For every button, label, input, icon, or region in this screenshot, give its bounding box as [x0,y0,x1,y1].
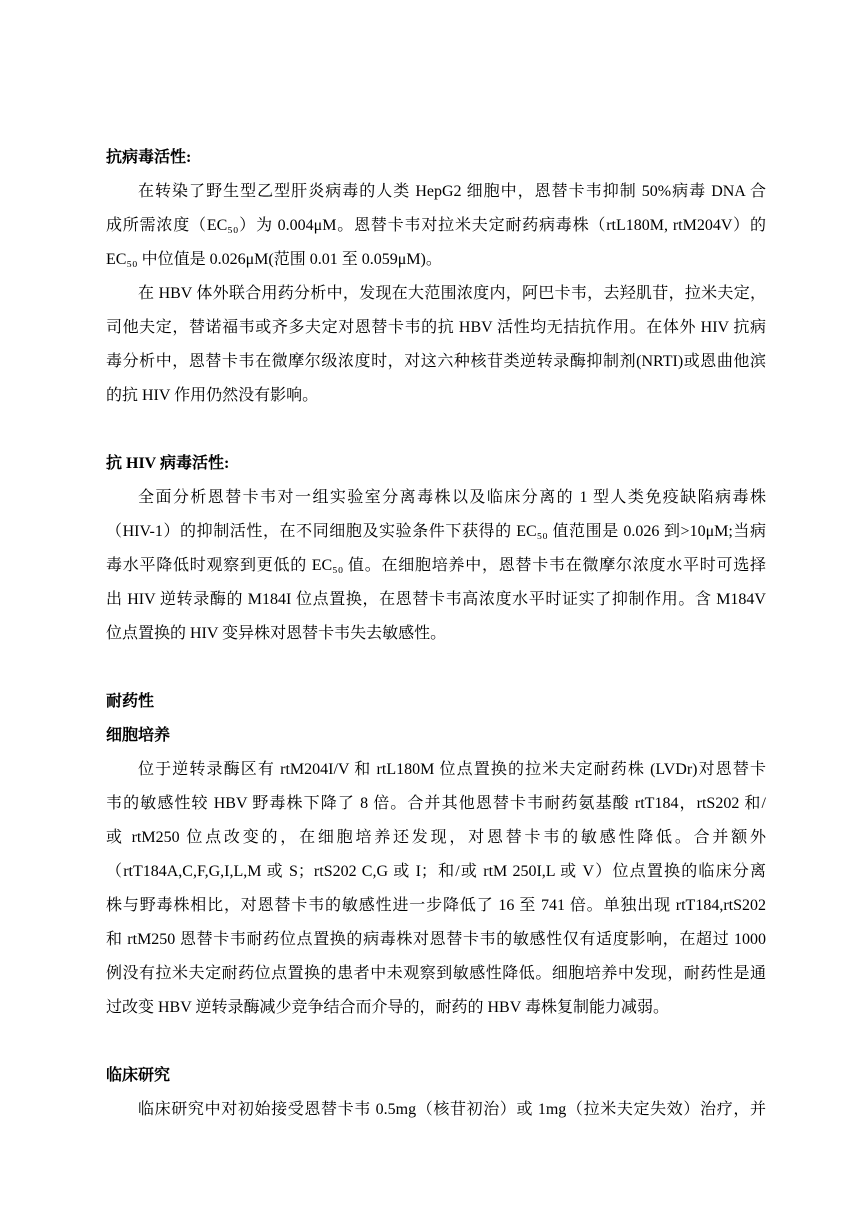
text-line: 株与野毒株相比，对恩替卡韦的敏感性进一步降低了 16 至 741 倍。单独出现 … [106,889,766,923]
text-line: 全面分析恩替卡韦对一组实验室分离毒株以及临床分离的 1 型人类免疫缺陷病毒株 [106,481,766,515]
subsection-heading-cell-culture: 细胞培养 [106,719,766,753]
text-line: 在 HBV 体外联合用药分析中，发现在大范围浓度内，阿巴卡韦，去羟肌苷，拉米夫定… [106,277,766,311]
text-line: 在转染了野生型乙型肝炎病毒的人类 HepG2 细胞中，恩替卡韦抑制 50%病毒 … [106,175,766,209]
text-line: 出 HIV 逆转录酶的 M184I 位点置换，在恩替卡韦高浓度水平时证实了抑制作… [106,583,766,617]
text-line: 司他夫定，替诺福韦或齐多夫定对恩替卡韦的抗 HBV 活性均无拮抗作用。在体外 H… [106,311,766,345]
text-line: 例没有拉米夫定耐药位点置换的患者中未观察到敏感性降低。细胞培养中发现，耐药性是通 [106,957,766,991]
text-line: 成所需浓度（EC₅₀）为 0.004μM。恩替卡韦对拉米夫定耐药病毒株（rtL1… [106,209,766,243]
text-line: 或 rtM250 位点改变的，在细胞培养还发现，对恩替卡韦的敏感性降低。合并额外 [106,821,766,855]
paragraph: 临床研究中对初始接受恩替卡韦 0.5mg（核苷初治）或 1mg（拉米夫定失效）治… [106,1093,766,1127]
paragraph: 在 HBV 体外联合用药分析中，发现在大范围浓度内，阿巴卡韦，去羟肌苷，拉米夫定… [106,277,766,413]
text-line: 过改变 HBV 逆转录酶减少竞争结合而介导的，耐药的 HBV 毒株复制能力减弱。 [106,991,766,1025]
text-line: （HIV-1）的抑制活性，在不同细胞及实验条件下获得的 EC₅₀ 值范围是 0.… [106,515,766,549]
text-line: 临床研究中对初始接受恩替卡韦 0.5mg（核苷初治）或 1mg（拉米夫定失效）治… [106,1093,766,1127]
document-content: 抗病毒活性: 在转染了野生型乙型肝炎病毒的人类 HepG2 细胞中，恩替卡韦抑制… [106,141,766,1127]
text-line: 韦的敏感性较 HBV 野毒株下降了 8 倍。合并其他恩替卡韦耐药氨基酸 rtT1… [106,787,766,821]
text-line: 毒分析中，恩替卡韦在微摩尔级浓度时，对这六种核苷类逆转录酶抑制剂(NRTI)或恩… [106,345,766,379]
text-line: （rtT184A,C,F,G,I,L,M 或 S；rtS202 C,G 或 I；… [106,855,766,889]
section-heading-anti-hiv-activity: 抗 HIV 病毒活性: [106,447,766,481]
text-line: 和 rtM250 恩替卡韦耐药位点置换的病毒株对恩替卡韦的敏感性仅有适度影响，在… [106,923,766,957]
blank-line [106,1025,766,1059]
text-line: EC₅₀ 中位值是 0.026μM(范围 0.01 至 0.059μM)。 [106,243,766,277]
section-heading-drug-resistance: 耐药性 [106,685,766,719]
section-heading-clinical-studies: 临床研究 [106,1059,766,1093]
blank-line [106,651,766,685]
blank-line [106,413,766,447]
text-line: 的抗 HIV 作用仍然没有影响。 [106,379,766,413]
paragraph: 全面分析恩替卡韦对一组实验室分离毒株以及临床分离的 1 型人类免疫缺陷病毒株 （… [106,481,766,651]
paragraph: 位于逆转录酶区有 rtM204I/V 和 rtL180M 位点置换的拉米夫定耐药… [106,753,766,1025]
text-line: 位点置换的 HIV 变异株对恩替卡韦失去敏感性。 [106,617,766,651]
text-line: 位于逆转录酶区有 rtM204I/V 和 rtL180M 位点置换的拉米夫定耐药… [106,753,766,787]
document-page: 抗病毒活性: 在转染了野生型乙型肝炎病毒的人类 HepG2 细胞中，恩替卡韦抑制… [0,0,868,1227]
section-heading-antiviral-activity: 抗病毒活性: [106,141,766,175]
paragraph: 在转染了野生型乙型肝炎病毒的人类 HepG2 细胞中，恩替卡韦抑制 50%病毒 … [106,175,766,277]
text-line: 毒水平降低时观察到更低的 EC₅₀ 值。在细胞培养中，恩替卡韦在微摩尔浓度水平时… [106,549,766,583]
